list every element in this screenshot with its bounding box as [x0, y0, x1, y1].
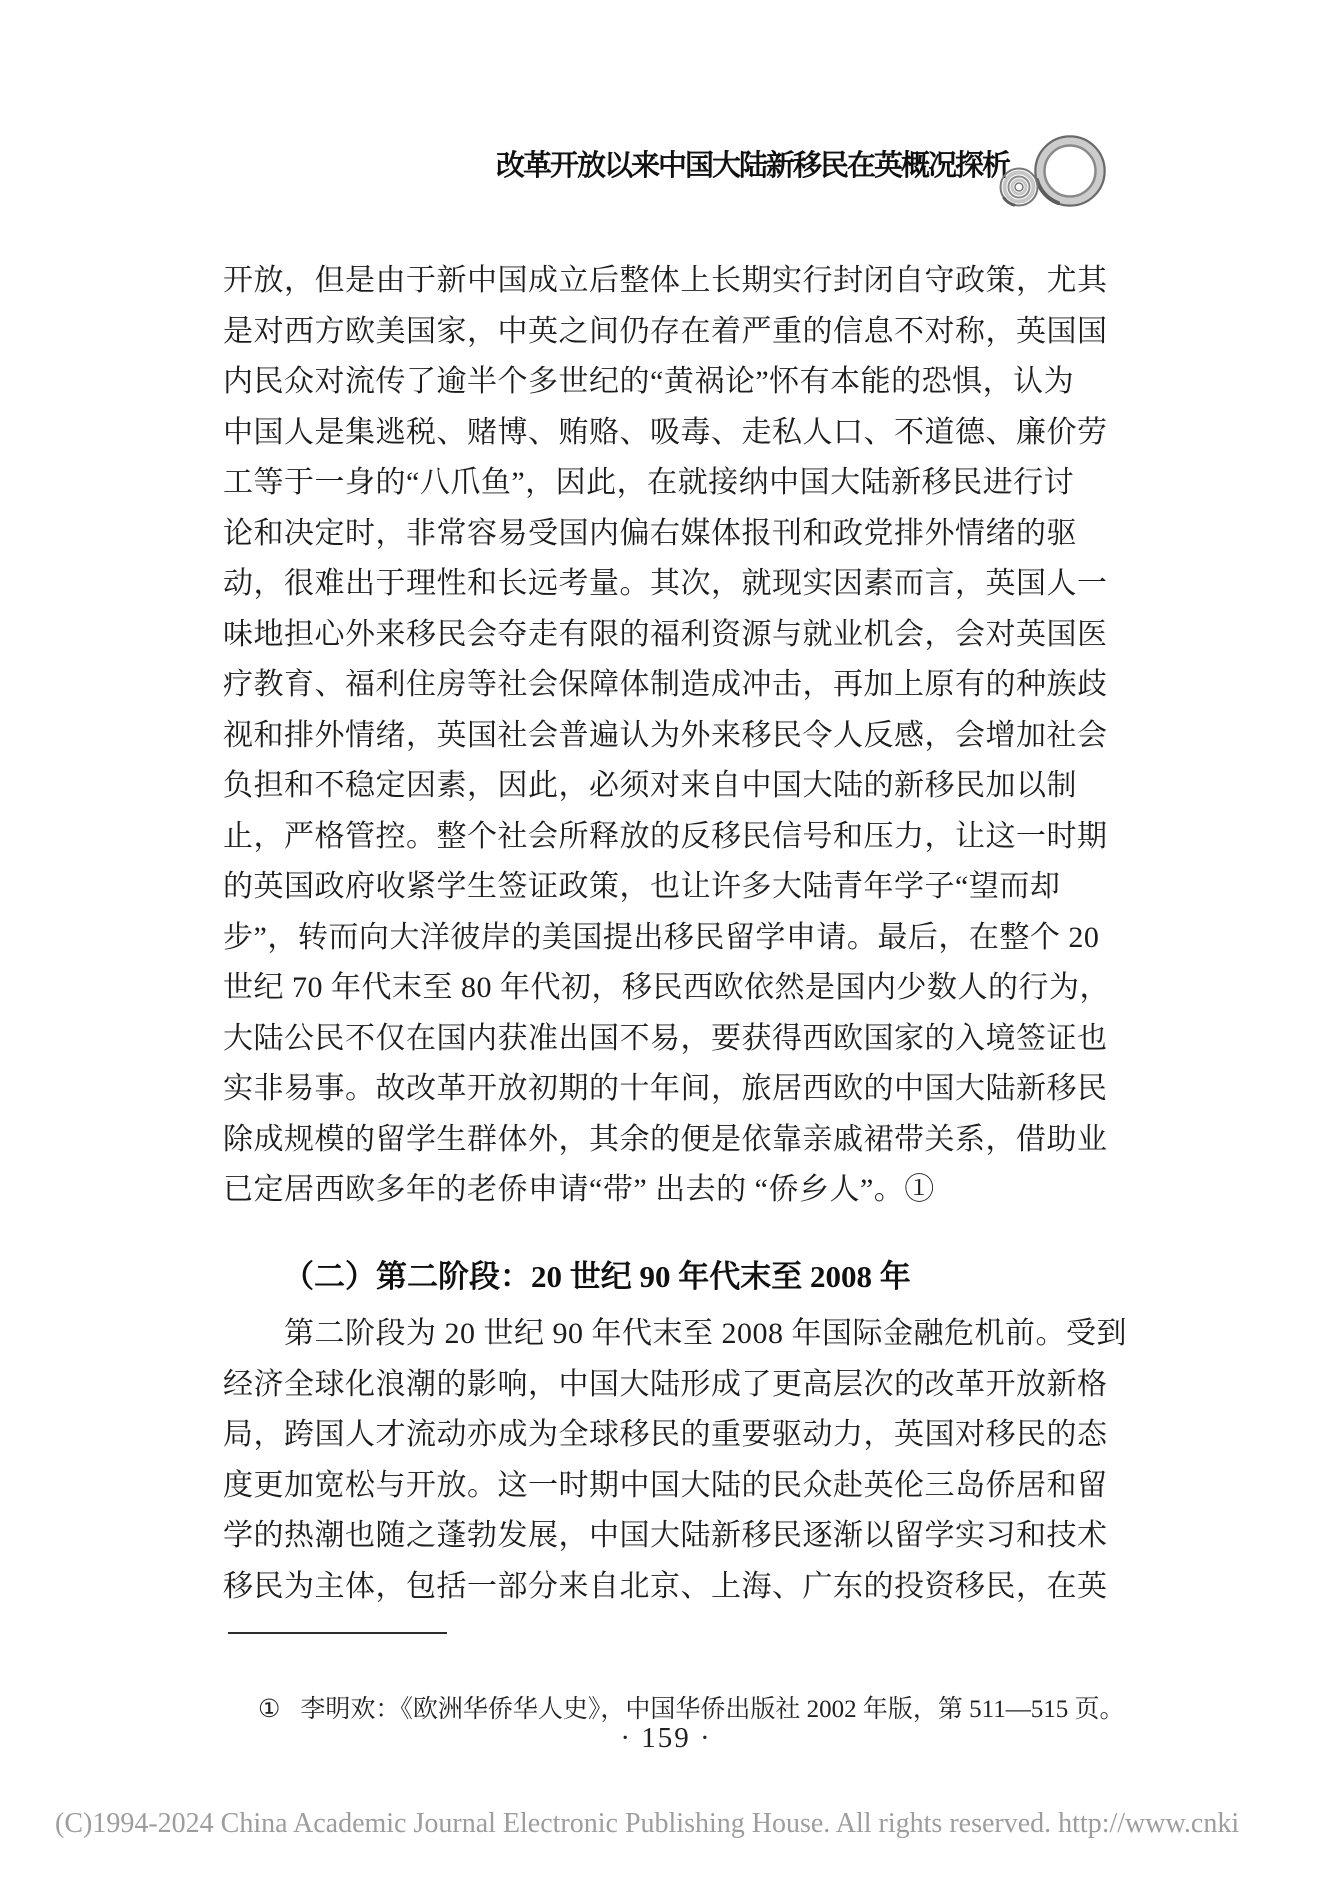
- footnote-divider: [228, 1632, 447, 1634]
- body-paragraph-2: 第二阶段为 20 世纪 90 年代末至 2008 年国际金融危机前。受到经济全球…: [223, 1309, 1109, 1612]
- text-line: 工等于一身的“八爪鱼”，因此，在就接纳中国大陆新移民进行讨: [223, 458, 1109, 509]
- text-line: 视和排外情绪，英国社会普遍认为外来移民令人反感，会增加社会: [223, 711, 1109, 762]
- body-paragraph-1: 开放，但是由于新中国成立后整体上长期实行封闭自守政策，尤其是对西方欧美国家，中英…: [223, 256, 1109, 1216]
- small-ring-icon: [1001, 169, 1038, 206]
- text-line: 局，跨国人才流动亦成为全球移民的重要驱动力，英国对移民的态: [223, 1410, 1109, 1461]
- text-line: 内民众对流传了逾半个多世纪的“黄祸论”怀有本能的恐惧，认为: [223, 357, 1109, 408]
- text-line: 第二阶段为 20 世纪 90 年代末至 2008 年国际金融危机前。受到: [223, 1309, 1109, 1360]
- text-line: 经济全球化浪潮的影响，中国大陆形成了更高层次的改革开放新格: [223, 1360, 1109, 1411]
- text-line: 学的热潮也随之蓬勃发展，中国大陆新移民逐渐以留学实习和技术: [223, 1511, 1109, 1562]
- text-line: 开放，但是由于新中国成立后整体上长期实行封闭自守政策，尤其: [223, 256, 1109, 307]
- text-line: 移民为主体，包括一部分来自北京、上海、广东的投资移民，在英: [223, 1562, 1109, 1613]
- scanned-document-page: 改革开放以来中国大陆新移民在英概况探析 开放，但是由于新中国成立后整体上长期实行…: [0, 0, 1338, 1890]
- text-line: 负担和不稳定因素，因此，必须对来自中国大陆的新移民加以制: [223, 761, 1109, 812]
- large-ring-icon: [1036, 137, 1105, 206]
- text-line: 中国人是集逃税、赌博、贿赂、吸毒、走私人口、不道德、廉价劳: [223, 408, 1109, 459]
- page-number: · 159 ·: [223, 1722, 1109, 1755]
- text-line: 疗教育、福利住房等社会保障体制造成冲击，再加上原有的种族歧: [223, 660, 1109, 711]
- text-line: 动，很难出于理性和长远考量。其次，就现实因素而言，英国人一: [223, 559, 1109, 610]
- text-line: 的英国政府收紧学生签证政策，也让许多大陆青年学子“望而却: [223, 862, 1109, 913]
- text-line: 除成规模的留学生群体外，其余的便是依靠亲戚裙带关系，借助业: [223, 1115, 1109, 1166]
- text-line: 大陆公民不仅在国内获准出国不易，要获得西欧国家的入境签证也: [223, 1014, 1109, 1065]
- text-line: 论和决定时，非常容易受国内偏右媒体报刊和政党排外情绪的驱: [223, 509, 1109, 560]
- text-line: 步”，转而向大洋彼岸的美国提出移民留学申请。最后，在整个 20: [223, 913, 1109, 964]
- text-line: 实非易事。故改革开放初期的十年间，旅居西欧的中国大陆新移民: [223, 1064, 1109, 1115]
- text-line: 止，严格管控。整个社会所释放的反移民信号和压力，让这一时期: [223, 812, 1109, 863]
- text-line: 是对西方欧美国家，中英之间仍存在着严重的信息不对称，英国国: [223, 307, 1109, 358]
- text-line: 味地担心外来移民会夺走有限的福利资源与就业机会，会对英国医: [223, 610, 1109, 661]
- copyright-watermark: (C)1994-2024 China Academic Journal Elec…: [55, 1806, 1338, 1842]
- text-line: 世纪 70 年代末至 80 年代初，移民西欧依然是国内少数人的行为，: [223, 963, 1109, 1014]
- rings-decoration-icon: [990, 128, 1118, 220]
- footnote-text: 李明欢：《欧洲华侨华人史》，中国华侨出版社 2002 年版，第 511—515 …: [300, 1696, 1124, 1723]
- running-header-title: 改革开放以来中国大陆新移民在英概况探析: [496, 149, 1009, 183]
- text-line: 已定居西欧多年的老侨申请“带” 出去的 “侨乡人”。①: [223, 1165, 1109, 1216]
- text-line: 度更加宽松与开放。这一时期中国大陆的民众赴英伦三岛侨居和留: [223, 1461, 1109, 1512]
- footnote-marker: ①: [258, 1696, 280, 1723]
- section-heading: （二）第二阶段：20 世纪 90 年代末至 2008 年: [283, 1252, 911, 1302]
